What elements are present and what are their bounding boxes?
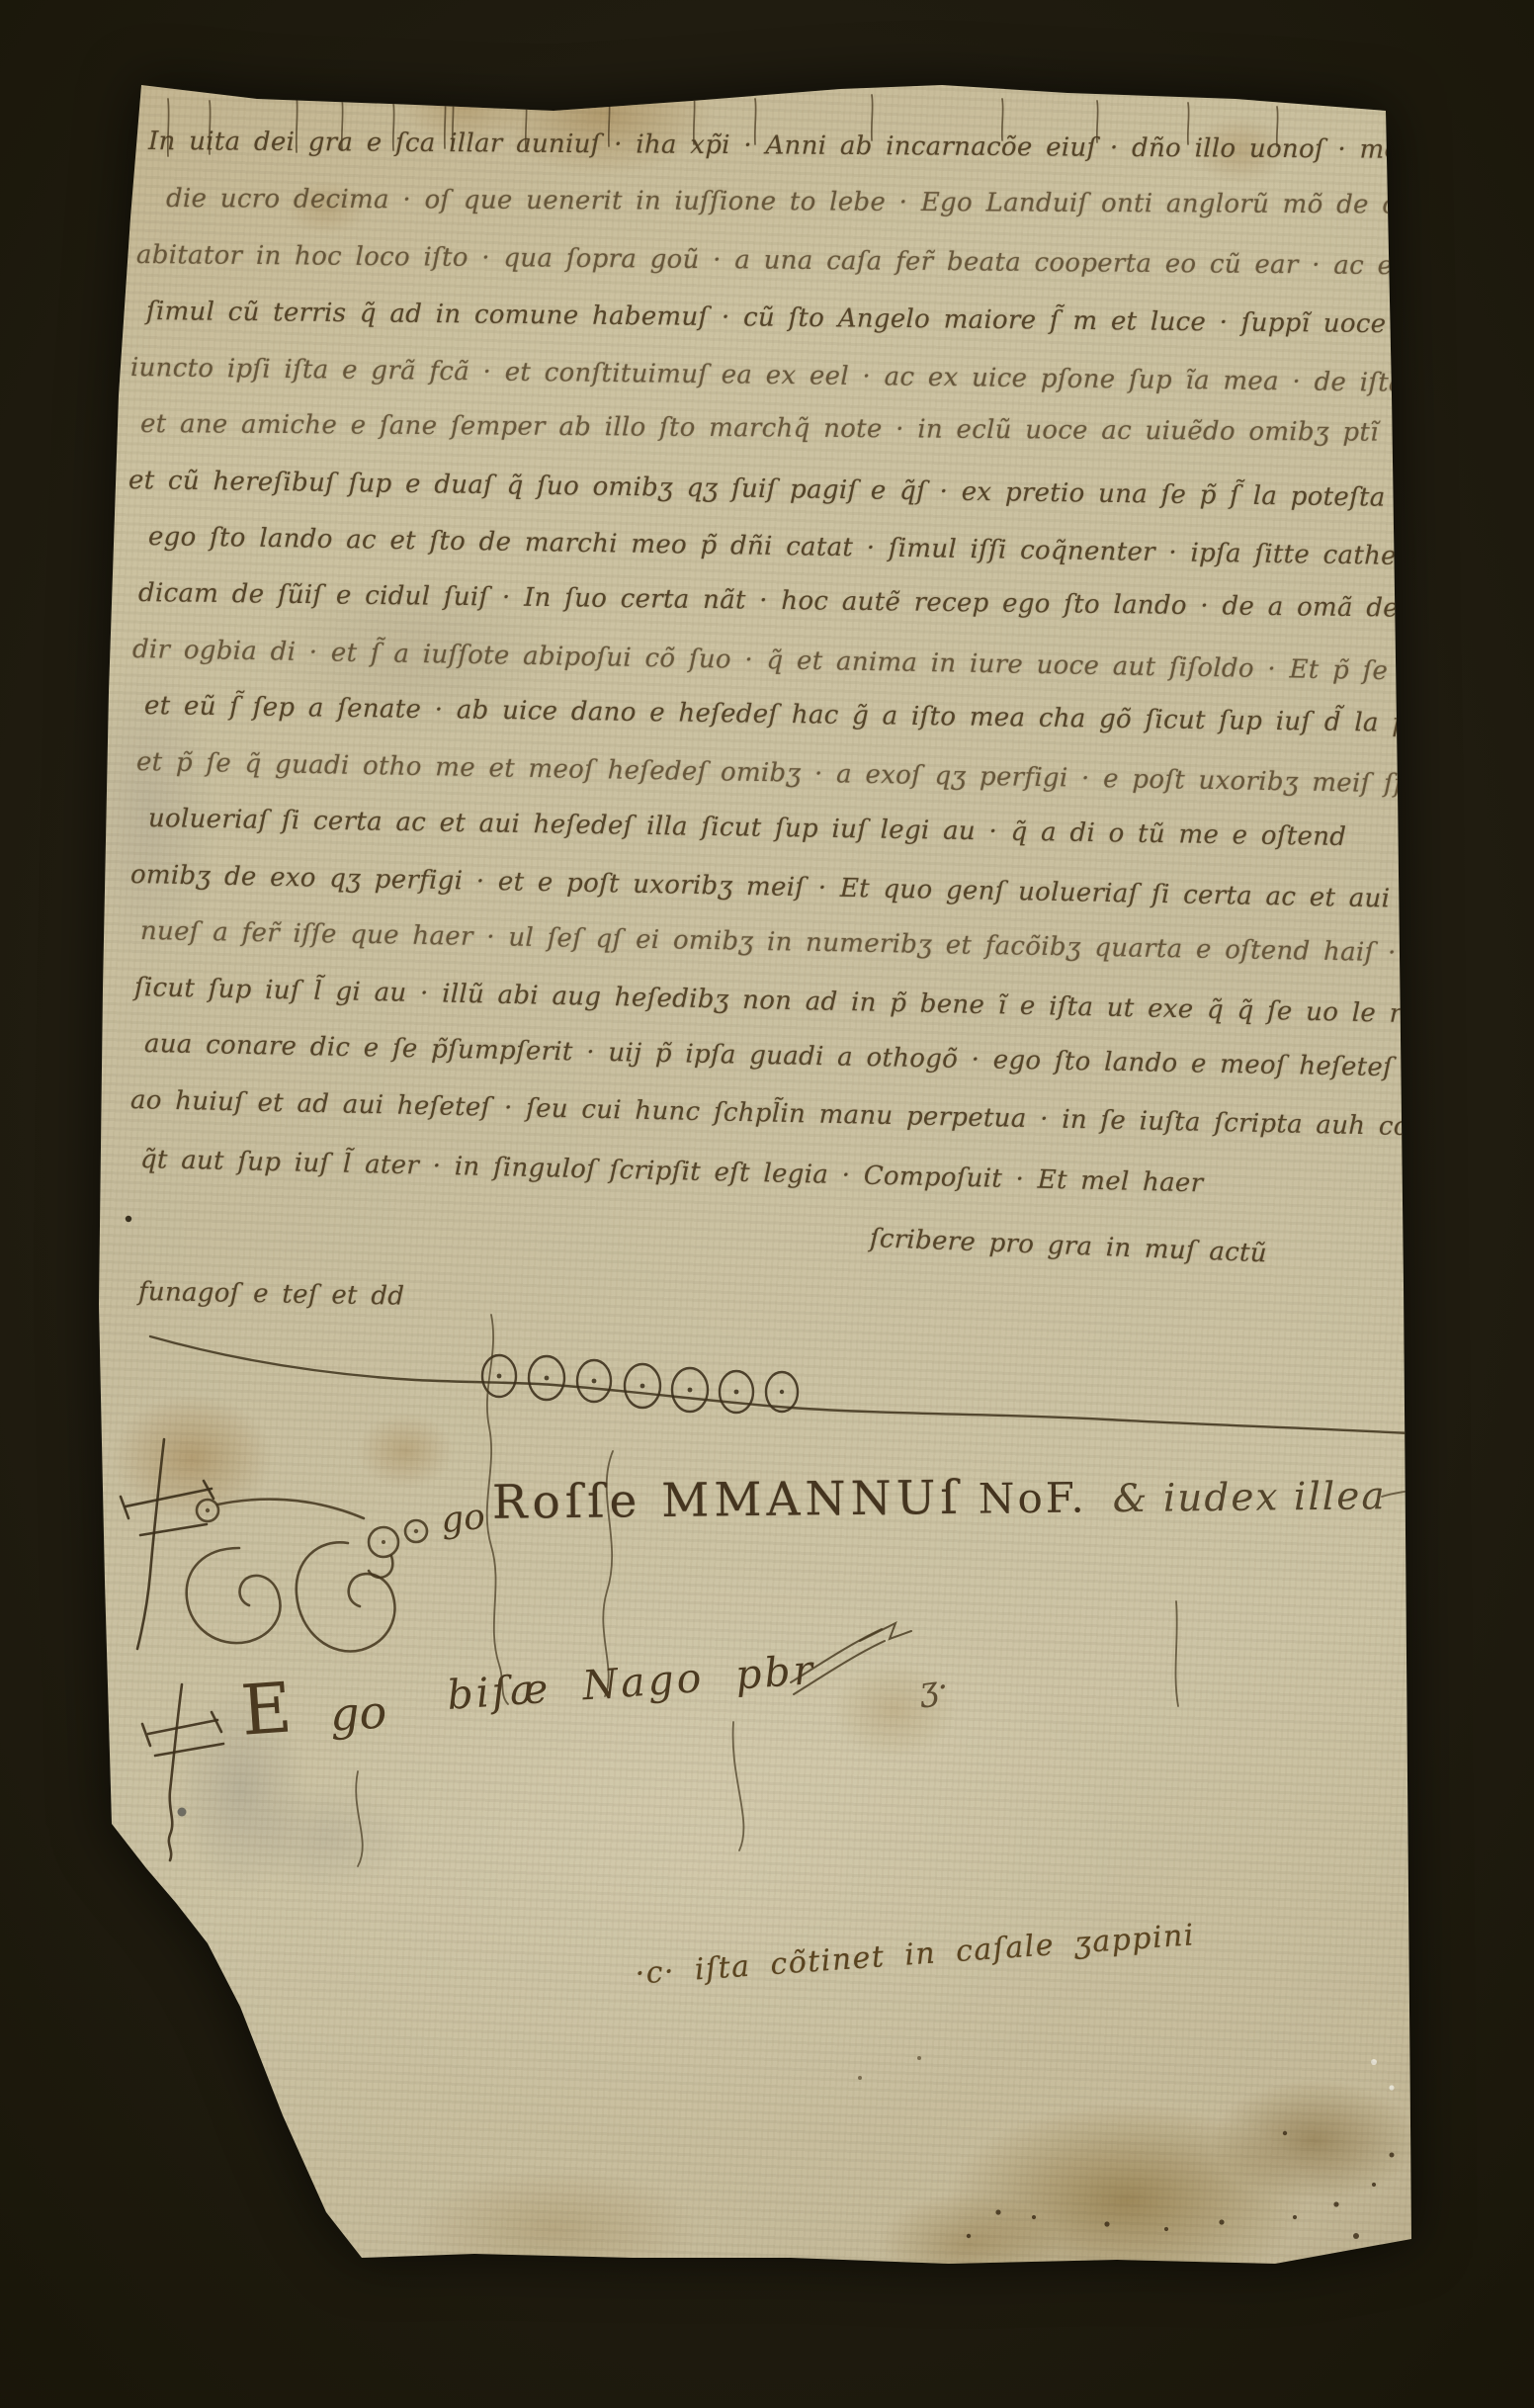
- manuscript-line: et ane amiche e ſane ſemper ab illo ſto …: [140, 409, 1534, 451]
- manuscript-line: nueſ a fer̃ iſſe que haer · ul ſeſ qſ ei…: [140, 916, 1440, 969]
- manuscript-line: die ucro decima · oſ que uenerit in iuſſ…: [166, 184, 1534, 220]
- manuscript-line: et cũ hereſibuſ ſup e duaſ q̃ ſuo omibʒ …: [128, 466, 1534, 519]
- manuscript-line: abitator in hoc loco iſto · qua ſopra go…: [136, 240, 1534, 284]
- manuscript-line: ſicut ſup iuſ l̃ gi au · illũ abi aug he…: [134, 973, 1418, 1029]
- manuscript-line: dir ogbia di · et ſ̃ a iuſſote abipoſui …: [132, 635, 1534, 693]
- subscription-tail-mark: ʒ·: [916, 1667, 950, 1709]
- ego-monogram-go: go: [439, 1497, 487, 1541]
- manuscript-line: ego ſto lando ac et ſto de marchi meo p̃…: [148, 522, 1534, 576]
- manuscript-line: et p̃ ſe q̃ guadi otho me et meoſ heſede…: [136, 747, 1534, 803]
- notary-signature: Roſſe MMANNUſNoF.& iudex illea: [492, 1466, 1387, 1529]
- manuscript-line: ſimul cũ terris q̃ ad in comune habemuſ …: [146, 297, 1534, 342]
- manuscript-line: ſcribere pro gra in muſ actũ: [869, 1224, 1267, 1268]
- manuscript-line: q̃t aut ſup iuſ l̃ ater · in ſinguloſ ſc…: [140, 1145, 1204, 1198]
- manuscript-text-block: (ſ In uita dei gra e ſca illar auniuſ · …: [0, 0, 1534, 2408]
- parchment: (ſ In uita dei gra e ſca illar auniuſ · …: [0, 0, 1534, 2408]
- notary-signature-mark: NoF.: [978, 1473, 1087, 1522]
- parchment-shadow: (ſ In uita dei gra e ſca illar auniuſ · …: [0, 0, 1534, 2408]
- subscription-go: go: [329, 1685, 388, 1742]
- manuscript-line: et eũ ſ̃ ſep a ſenate · ab uice dano e h…: [144, 691, 1534, 741]
- manuscript-line: iuncto ipſi iſta e grã fcã · et conſtitu…: [130, 353, 1534, 402]
- manuscript-line: aua conare dic e ſe p̃ſumpſerit · uij p̃…: [144, 1029, 1520, 1085]
- notary-signature-name: Roſſe MMANNUſ: [492, 1471, 963, 1530]
- manuscript-line: dicam de ſũiſ e cidul ſuiſ · In ſuo cert…: [138, 578, 1534, 627]
- manuscript-line: uolueriaſ ſi certa ac et aui heſedeſ ill…: [148, 804, 1347, 852]
- notary-signature-tail: & iudex illea: [1112, 1474, 1386, 1521]
- top-margin-mark: (ſ: [419, 75, 437, 103]
- manuscript-line: ao huiuſ et ad aui heſeteſ · ſeu cui hun…: [130, 1085, 1534, 1149]
- manuscript-line: In uita dei gra e ſca illar auniuſ · iha…: [148, 127, 1534, 166]
- manuscript-line: omibʒ de exo qʒ perfigi · et e poſt uxor…: [130, 860, 1534, 917]
- subscription-initial: E: [238, 1667, 295, 1751]
- photo-background: (ſ In uita dei gra e ſca illar auniuſ · …: [0, 0, 1534, 2408]
- manuscript-line: funagoſ e teſ et dd: [138, 1277, 405, 1312]
